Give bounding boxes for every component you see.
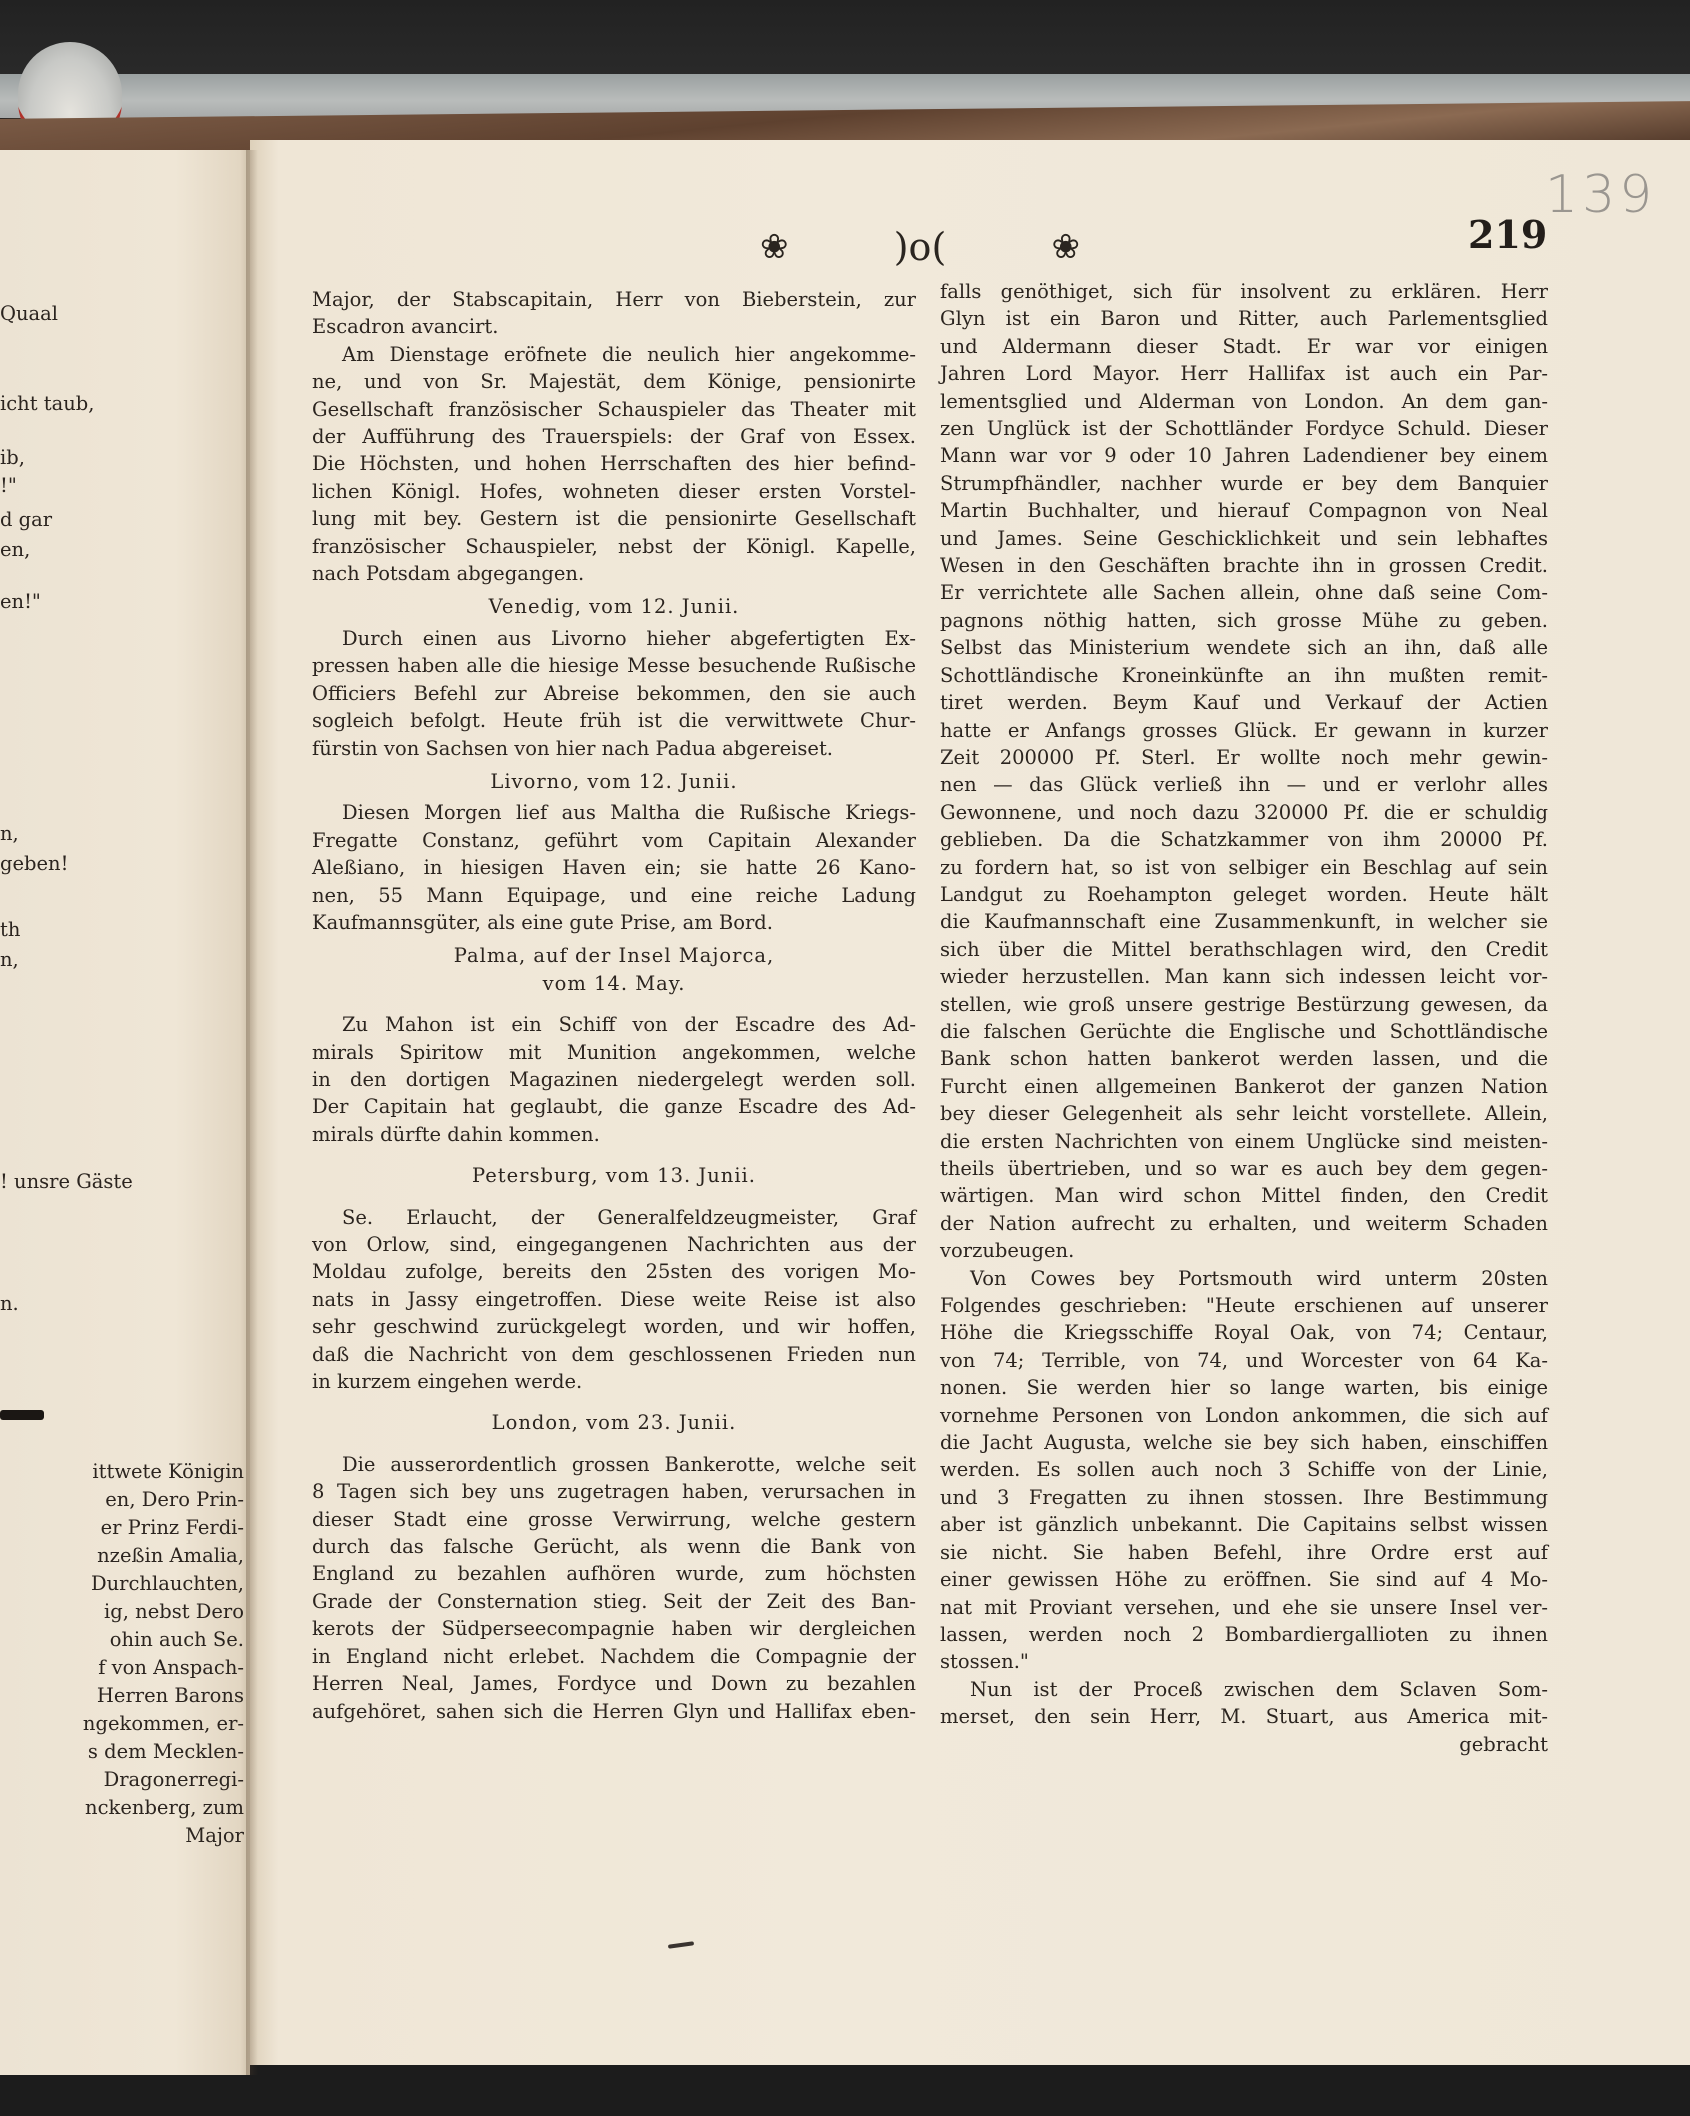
text-line: Wesen in den Geschäften brachte ihn in g… xyxy=(940,552,1548,579)
left-page-fragment-line: ib, xyxy=(0,446,25,469)
text-line: Landgut zu Roehampton geleget worden. He… xyxy=(940,881,1548,908)
text-line: Furcht einen allgemeinen Bankerot der ga… xyxy=(940,1073,1548,1100)
text-line: mirals dürfte dahin kommen. xyxy=(312,1121,916,1148)
text-line: zen Unglück ist der Schottländer Fordyce… xyxy=(940,415,1548,442)
text-line: tiret werden. Beym Kauf und Verkauf der … xyxy=(940,689,1548,716)
text-line: durch das falsche Gerücht, als wenn die … xyxy=(312,1533,916,1560)
text-line: stellen, wie groß unsere gestrige Bestür… xyxy=(940,991,1548,1018)
text-line: Moldau zufolge, bereits den 25sten des v… xyxy=(312,1258,916,1285)
text-line: lung mit bey. Gestern ist die pensionirt… xyxy=(312,505,916,532)
text-line: die falschen Gerüchte die Englische und … xyxy=(940,1018,1548,1045)
dateline-livorno: Livorno, vom 12. Junii. xyxy=(312,768,916,795)
text-line: in den dortigen Magazinen niedergelegt w… xyxy=(312,1066,916,1093)
paragraph-venedig: Durch einen aus Livorno hieher abgeferti… xyxy=(312,625,916,762)
text-line: aufgehöret, sahen sich die Herren Glyn u… xyxy=(312,1698,916,1725)
text-line: wieder herzustellen. Man kann sich indes… xyxy=(940,963,1548,990)
text-line: Major, der Stabscapitain, Herr von Biebe… xyxy=(312,286,916,313)
paragraph-petersburg: Se. Erlaucht, der Generalfeldzeugmeister… xyxy=(312,1204,916,1396)
text-line: ne, und von Sr. Majestät, dem Könige, pe… xyxy=(312,368,916,395)
text-line: Er verrichtete alle Sachen allein, ohne … xyxy=(940,579,1548,606)
text-line: nat mit Proviant versehen, und ehe sie u… xyxy=(940,1594,1548,1621)
left-page-fragment-line: ngekommen, er- xyxy=(0,1710,244,1738)
text-line: Durch einen aus Livorno hieher abgeferti… xyxy=(312,625,916,652)
left-page-fragment-line: Quaal xyxy=(0,302,58,325)
paragraph-london: Die ausserordentlich grossen Bankerotte,… xyxy=(312,1451,916,1725)
text-line: dieser Stadt eine grosse Verwirrung, wel… xyxy=(312,1506,916,1533)
text-line: nen — das Glück verließ ihn — und er ver… xyxy=(940,771,1548,798)
left-page-fragment-line: en, xyxy=(0,538,30,561)
text-line: werden. Es sollen auch noch 3 Schiffe vo… xyxy=(940,1456,1548,1483)
left-page-fragment-line: Herren Barons xyxy=(0,1682,244,1710)
running-head-center-ornament: )o( xyxy=(894,228,947,266)
archive-folio-number: 139 xyxy=(1545,165,1656,225)
text-line: Escadron avancirt. xyxy=(312,313,916,340)
text-line: bey dieser Gelegenheit als sehr leicht v… xyxy=(940,1100,1548,1127)
text-line: Martin Buchhalter, und hierauf Compagnon… xyxy=(940,497,1548,524)
text-line: Der Capitain hat geglaubt, die ganze Esc… xyxy=(312,1093,916,1120)
text-line: Fregatte Constanz, geführt vom Capitain … xyxy=(312,827,916,854)
text-line: und Aldermann dieser Stadt. Er war vor e… xyxy=(940,333,1548,360)
text-line: der Nation aufrecht zu erhalten, und wei… xyxy=(940,1210,1548,1237)
text-line: theils übertrieben, und so war es auch b… xyxy=(940,1155,1548,1182)
text-line: Die Höchsten, und hohen Herrschaften des… xyxy=(312,450,916,477)
text-line: pressen haben alle die hiesige Messe bes… xyxy=(312,652,916,679)
text-line: Jahren Lord Mayor. Herr Hallifax ist auc… xyxy=(940,360,1548,387)
text-line: Grade der Consternation stieg. Seit der … xyxy=(312,1588,916,1615)
text-line: und 3 Fregatten zu ihnen stossen. Ihre B… xyxy=(940,1484,1548,1511)
shell-ornament-icon: ❀ xyxy=(760,230,789,264)
text-line: pagnons nöthig hatten, sich grosse Mühe … xyxy=(940,607,1548,634)
text-line: Herren Neal, James, Fordyce und Down zu … xyxy=(312,1670,916,1697)
left-page-fragment-line: Major xyxy=(0,1822,244,1850)
text-line: Bank schon hatten bankerot werden lassen… xyxy=(940,1045,1548,1072)
text-line: die ersten Nachrichten von einem Unglück… xyxy=(940,1128,1548,1155)
text-line: Strumpfhändler, nachher wurde er bey dem… xyxy=(940,470,1548,497)
text-line: daß die Nachricht von dem geschlossenen … xyxy=(312,1341,916,1368)
text-line: die Kaufmannschaft eine Zusammenkunft, i… xyxy=(940,908,1548,935)
dateline-palma: Palma, auf der Insel Majorca, xyxy=(312,942,916,969)
text-line: England zu bezahlen aufhören wurde, zum … xyxy=(312,1560,916,1587)
text-line: Diesen Morgen lief aus Maltha die Rußisc… xyxy=(312,799,916,826)
text-line: Schottländische Kroneinkünfte an ihn muß… xyxy=(940,662,1548,689)
text-line: französischer Schauspieler, nebst der Kö… xyxy=(312,533,916,560)
shell-ornament-icon: ❀ xyxy=(1052,230,1081,264)
text-line: merset, den sein Herr, M. Stuart, aus Am… xyxy=(940,1703,1548,1730)
text-line: Se. Erlaucht, der Generalfeldzeugmeister… xyxy=(312,1204,916,1231)
left-page-fragment-line: ohin auch Se. xyxy=(0,1626,244,1654)
text-line: Gesellschaft französischer Schauspieler … xyxy=(312,396,916,423)
text-line: lassen, werden noch 2 Bombardiergalliote… xyxy=(940,1621,1548,1648)
left-page-fragment-line: nckenberg, zum xyxy=(0,1794,244,1822)
text-line: geblieben. Da die Schatzkammer von ihm 2… xyxy=(940,826,1548,853)
paragraph-london-continued: falls genöthiget, sich für insolvent zu … xyxy=(940,278,1548,1265)
paragraph-livorno: Diesen Morgen lief aus Maltha die Rußisc… xyxy=(312,799,916,936)
text-line: hatte er Anfangs grosses Glück. Er gewan… xyxy=(940,717,1548,744)
text-line: aber ist gänzlich unbekannt. Die Capitai… xyxy=(940,1511,1548,1538)
left-page-fragment-line: geben! xyxy=(0,852,68,875)
left-page-fragment-line: ittwete Königin xyxy=(0,1458,244,1486)
left-page-fragment-line: !" xyxy=(0,474,17,497)
text-line: sogleich befolgt. Heute früh ist die ver… xyxy=(312,707,916,734)
text-line: in kurzem eingehen werde. xyxy=(312,1368,916,1395)
paragraph-dienstag: Am Dienstage eröfnete die neulich hier a… xyxy=(312,341,916,588)
left-page-fragment-line: n. xyxy=(0,1292,19,1315)
left-page-fragment-line: n, xyxy=(0,948,19,971)
text-line: kerots der Südperseecompagnie haben wir … xyxy=(312,1615,916,1642)
text-line: falls genöthiget, sich für insolvent zu … xyxy=(940,278,1548,305)
left-page-fragment-line: th xyxy=(0,918,20,941)
text-line: Mann war vor 9 oder 10 Jahren Ladendiene… xyxy=(940,442,1548,469)
text-line: Nun ist der Proceß zwischen dem Sclaven … xyxy=(940,1676,1548,1703)
text-line: nonen. Sie werden hier so lange warten, … xyxy=(940,1374,1548,1401)
left-page-fragment-line: icht taub, xyxy=(0,392,94,415)
text-line: der Aufführung des Trauerspiels: der Gra… xyxy=(312,423,916,450)
text-line: und James. Seine Geschicklichkeit und se… xyxy=(940,525,1548,552)
text-line: Am Dienstage eröfnete die neulich hier a… xyxy=(312,341,916,368)
text-line: Glyn ist ein Baron und Ritter, auch Parl… xyxy=(940,305,1548,332)
left-page-fragment-line: nzeßin Amalia, xyxy=(0,1542,244,1570)
text-column-right: falls genöthiget, sich für insolvent zu … xyxy=(940,278,1548,1758)
text-column-left: Major, der Stabscapitain, Herr von Biebe… xyxy=(312,286,916,1725)
text-line: sehr geschwind zurückgelegt worden, und … xyxy=(312,1313,916,1340)
paragraph-palma: Zu Mahon ist ein Schiff von der Escadre … xyxy=(312,1011,916,1148)
dateline-palma-date: vom 14. May. xyxy=(312,970,916,997)
page-number: 219 xyxy=(1468,212,1547,257)
dateline-london: London, vom 23. Junii. xyxy=(312,1409,916,1436)
section-divider-rule xyxy=(0,1410,44,1420)
text-line: sich über die Mittel berathschlagen wird… xyxy=(940,936,1548,963)
left-page-fragment-line: s dem Mecklen- xyxy=(0,1738,244,1766)
running-head: ❀ )o( ❀ xyxy=(760,222,1080,272)
text-line: die Jacht Augusta, welche sie bey sich h… xyxy=(940,1429,1548,1456)
text-line: Höhe die Kriegsschiffe Royal Oak, von 74… xyxy=(940,1319,1548,1346)
left-page-fragment-line: en!" xyxy=(0,590,41,613)
text-line: Aleßiano, in hiesigen Haven ein; sie hat… xyxy=(312,854,916,881)
text-line: nats in Jassy eingetroffen. Diese weite … xyxy=(312,1286,916,1313)
left-page-fragment-line: ig, nebst Dero xyxy=(0,1598,244,1626)
text-line: Officiers Befehl zur Abreise bekommen, d… xyxy=(312,680,916,707)
left-page-fragment-line: Durchlauchten, xyxy=(0,1570,244,1598)
text-line: sie nicht. Sie haben Befehl, ihre Ordre … xyxy=(940,1539,1548,1566)
left-page-fragment-line: ! unsre Gäste xyxy=(0,1170,133,1193)
left-page-fragment-line: Dragonerregi- xyxy=(0,1766,244,1794)
catchword: gebracht xyxy=(940,1731,1548,1758)
text-line: Kaufmannsgüter, als eine gute Prise, am … xyxy=(312,909,916,936)
left-page-fragment-line: er Prinz Ferdi- xyxy=(0,1514,244,1542)
left-page-fragment-line: en, Dero Prin- xyxy=(0,1486,244,1514)
text-line: lichen Königl. Hofes, wohneten dieser er… xyxy=(312,478,916,505)
text-line: Von Cowes bey Portsmouth wird unterm 20s… xyxy=(940,1265,1548,1292)
paragraph-cowes: Von Cowes bey Portsmouth wird unterm 20s… xyxy=(940,1265,1548,1676)
text-line: mirals Spiritow mit Munition angekommen,… xyxy=(312,1039,916,1066)
text-line: zu fordern hat, so ist von selbiger ein … xyxy=(940,854,1548,881)
dateline-venedig: Venedig, vom 12. Junii. xyxy=(312,593,916,620)
text-line: Zeit 200000 Pf. Sterl. Er wollte noch me… xyxy=(940,744,1548,771)
text-line: Zu Mahon ist ein Schiff von der Escadre … xyxy=(312,1011,916,1038)
text-line: fürstin von Sachsen von hier nach Padua … xyxy=(312,735,916,762)
text-line: von Orlow, sind, eingegangenen Nachricht… xyxy=(312,1231,916,1258)
paragraph-continuation: Major, der Stabscapitain, Herr von Biebe… xyxy=(312,286,916,341)
text-line: Folgendes geschrieben: "Heute erschienen… xyxy=(940,1292,1548,1319)
text-line: in England nicht erlebet. Nachdem die Co… xyxy=(312,1643,916,1670)
text-line: wärtigen. Man wird schon Mittel finden, … xyxy=(940,1182,1548,1209)
text-line: einer gewissen Höhe zu eröffnen. Sie sin… xyxy=(940,1566,1548,1593)
left-page-fragment-line: n, xyxy=(0,822,19,845)
text-line: stossen." xyxy=(940,1648,1548,1675)
left-page-fragment-line: f von Anspach- xyxy=(0,1654,244,1682)
text-line: Gewonnene, und noch dazu 320000 Pf. die … xyxy=(940,799,1548,826)
text-line: lementsglied und Alderman von London. An… xyxy=(940,388,1548,415)
dateline-petersburg: Petersburg, vom 13. Junii. xyxy=(312,1162,916,1189)
text-line: nen, 55 Mann Equipage, und eine reiche L… xyxy=(312,882,916,909)
scan-backdrop-top xyxy=(0,0,1690,80)
text-line: von 74; Terrible, von 74, und Worcester … xyxy=(940,1347,1548,1374)
text-line: Die ausserordentlich grossen Bankerotte,… xyxy=(312,1451,916,1478)
gutter-shadow xyxy=(246,150,258,2075)
left-page-prose-fragment: ittwete Königinen, Dero Prin-er Prinz Fe… xyxy=(0,1458,244,1850)
left-page-fragment-line: d gar xyxy=(0,508,52,531)
text-line: Selbst das Ministerium wendete sich an i… xyxy=(940,634,1548,661)
paragraph-sommerset: Nun ist der Proceß zwischen dem Sclaven … xyxy=(940,1676,1548,1731)
text-line: vornehme Personen von London ankommen, d… xyxy=(940,1402,1548,1429)
text-line: vorzubeugen. xyxy=(940,1237,1548,1264)
text-line: nach Potsdam abgegangen. xyxy=(312,560,916,587)
text-line: 8 Tagen sich bey uns zugetragen haben, v… xyxy=(312,1478,916,1505)
